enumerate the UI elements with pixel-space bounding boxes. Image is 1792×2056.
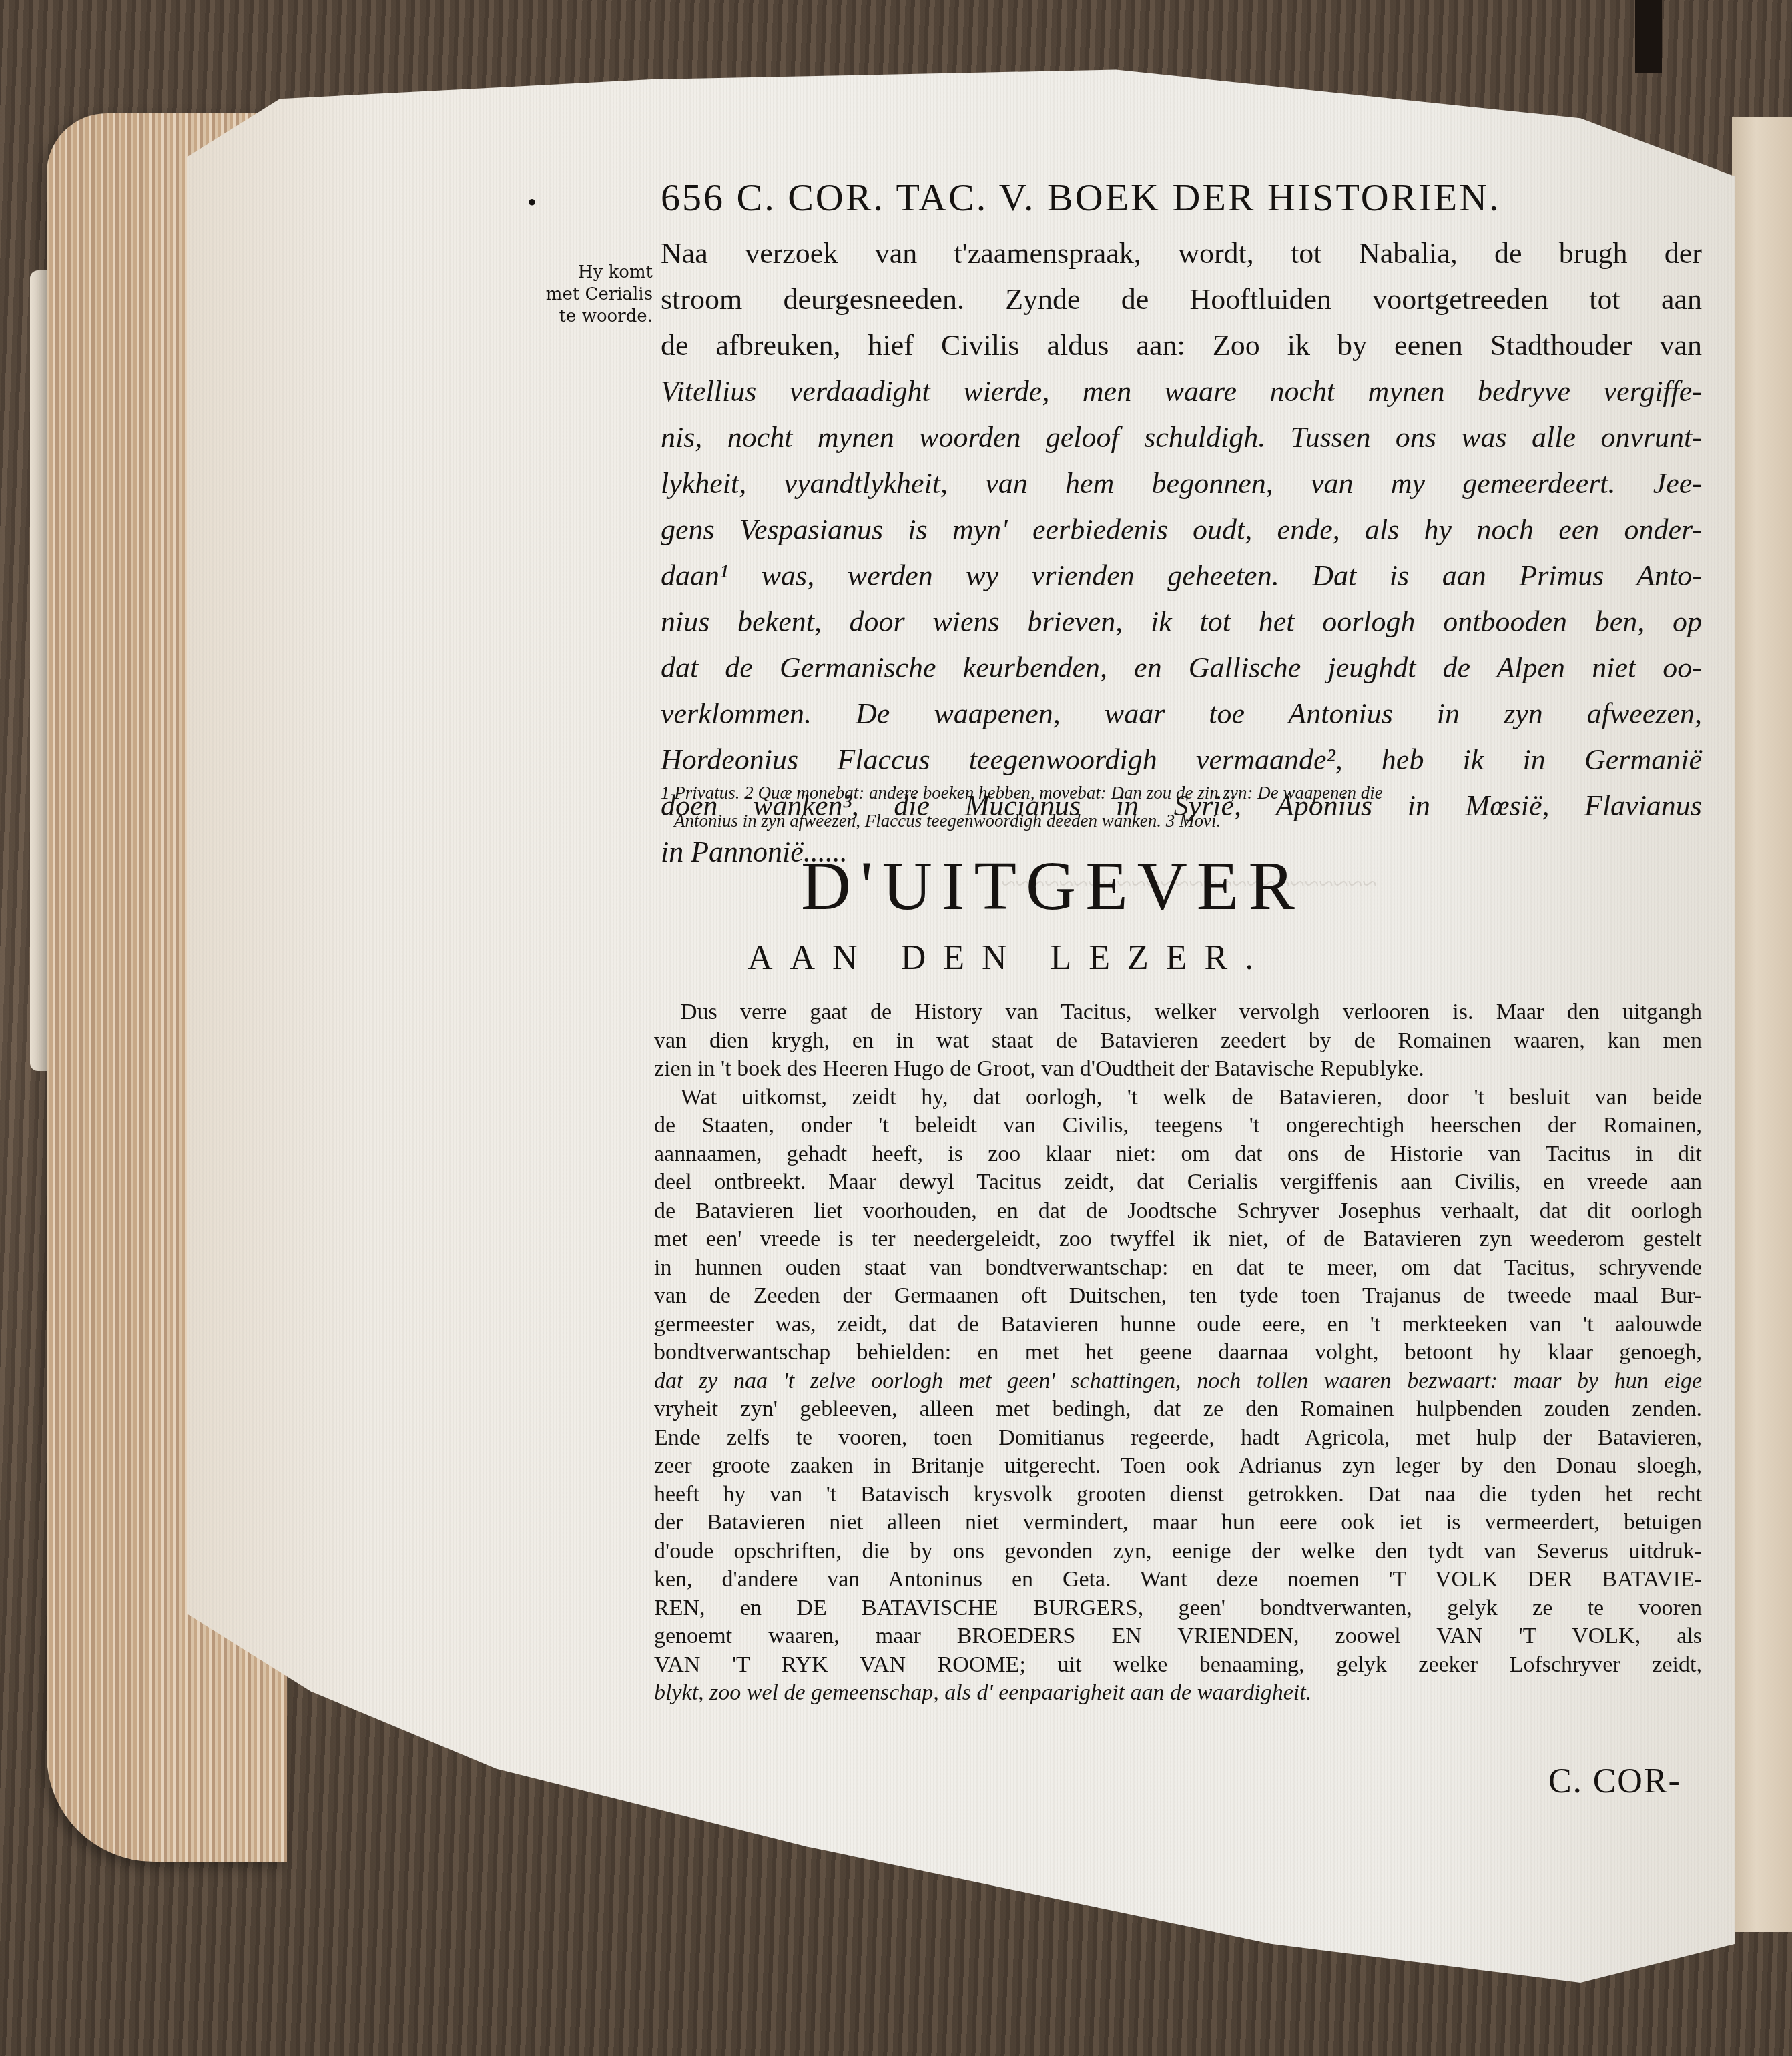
text-line: Naa verzoek van t'zaamenspraak, wordt, t… (661, 230, 1702, 276)
text-line: nis, nocht mynen woorden geloof schuldig… (661, 414, 1702, 460)
section-subheading: AAN DEN LEZER. (748, 938, 1271, 978)
text-line: Ende zelfs te vooren, toen Domitianus re… (654, 1424, 1702, 1453)
text-line: dat zy naa 't zelve oorlogh met geen' sc… (654, 1367, 1702, 1396)
text-line: dat de Germanische keurbenden, en Gallis… (661, 645, 1702, 691)
text-line: van dien krygh, en in wat staat de Batav… (654, 1027, 1702, 1056)
text-line: zeer groote zaaken in Britanje uitgerech… (654, 1452, 1702, 1481)
text-line: lykheit, vyandtlykheit, van hem begonnen… (661, 460, 1702, 506)
text-line: blykt, zoo wel de gemeenschap, als d' ee… (654, 1679, 1702, 1708)
text-line: der Batavieren niet alleen niet verminde… (654, 1509, 1702, 1537)
text-line: deel ontbreekt. Maar dewyl Tacitus zeidt… (654, 1168, 1702, 1197)
text-line: germeester was, zeidt, dat de Batavieren… (654, 1311, 1702, 1339)
text-line: stroom deurgesneeden. Zynde de Hooftluid… (661, 276, 1702, 322)
text-line: Hordeonius Flaccus teegenwoordigh vermaa… (661, 737, 1702, 783)
footnotes: 1 Privatus. 2 Quæ monebat: andere boeken… (661, 779, 1702, 835)
shadow-gap (1635, 0, 1662, 73)
text-line: Vitellius verdaadight wierde, men waare … (661, 368, 1702, 414)
section-text: Dus verre gaat de History van Tacitus, w… (654, 998, 1702, 1708)
text-line: bondtverwantschap behielden: en met het … (654, 1339, 1702, 1367)
text-line: van de Zeeden der Germaanen oft Duitsche… (654, 1282, 1702, 1311)
text-line: zien in 't boek des Heeren Hugo de Groot… (654, 1055, 1702, 1084)
page-mark: • (527, 187, 537, 218)
text-line: genoemt waaren, maar BROEDERS EN VRIENDE… (654, 1622, 1702, 1651)
text-line: Wat uitkomst, zeidt hy, dat oorlogh, 't … (654, 1084, 1702, 1112)
text-line: d'oude opschriften, die by ons gevonden … (654, 1537, 1702, 1566)
section-heading: D'UITGEVER (801, 846, 1304, 926)
footnote-line: Antonius in zyn afweezen, Flaccus teegen… (661, 807, 1702, 835)
catchword: C. COR- (1548, 1762, 1681, 1801)
text-line: Dus verre gaat de History van Tacitus, w… (654, 998, 1702, 1027)
text-line: VAN 'T RYK VAN ROOME; uit welke benaamin… (654, 1651, 1702, 1680)
running-head: 656 C. COR. TAC. V. BOEK DER HISTORIEN. (661, 175, 1501, 220)
text-line: nius bekent, door wiens brieven, ik tot … (661, 599, 1702, 645)
margin-note: Hy komt met Cerialis te woorde. (539, 262, 653, 328)
text-line: de afbreuken, hief Civilis aldus aan: Zo… (661, 322, 1702, 368)
text-line: daan¹ was, werden wy vrienden geheeten. … (661, 553, 1702, 599)
text-line: vryheit zyn' gebleeven, alleen met bedin… (654, 1395, 1702, 1424)
text-line: in hunnen ouden staat van bondtverwantsc… (654, 1254, 1702, 1283)
margin-note-line: te woorde. (539, 306, 653, 328)
text-line: met een' vreede is ter needergeleidt, zo… (654, 1225, 1702, 1254)
text-line: de Staaten, onder 't beleidt van Civilis… (654, 1112, 1702, 1140)
text-line: de Batavieren liet voorhouden, en dat de… (654, 1197, 1702, 1226)
margin-note-line: met Cerialis (539, 284, 653, 306)
text-line: verklommen. De waapenen, waar toe Antoni… (661, 691, 1702, 737)
margin-note-line: Hy komt (539, 262, 653, 284)
text-line: ken, d'andere van Antoninus en Geta. Wan… (654, 1566, 1702, 1594)
text-line: REN, en DE BATAVISCHE BURGERS, geen' bon… (654, 1594, 1702, 1623)
text-line: aannaamen, gehadt heeft, is zoo klaar ni… (654, 1140, 1702, 1169)
footnote-line: 1 Privatus. 2 Quæ monebat: andere boeken… (661, 779, 1702, 807)
facing-page-edge (1732, 117, 1792, 1932)
text-line: heeft hy van 't Batavisch krysvolk groot… (654, 1481, 1702, 1509)
text-line: gens Vespasianus is myn' eerbiedenis oud… (661, 506, 1702, 553)
